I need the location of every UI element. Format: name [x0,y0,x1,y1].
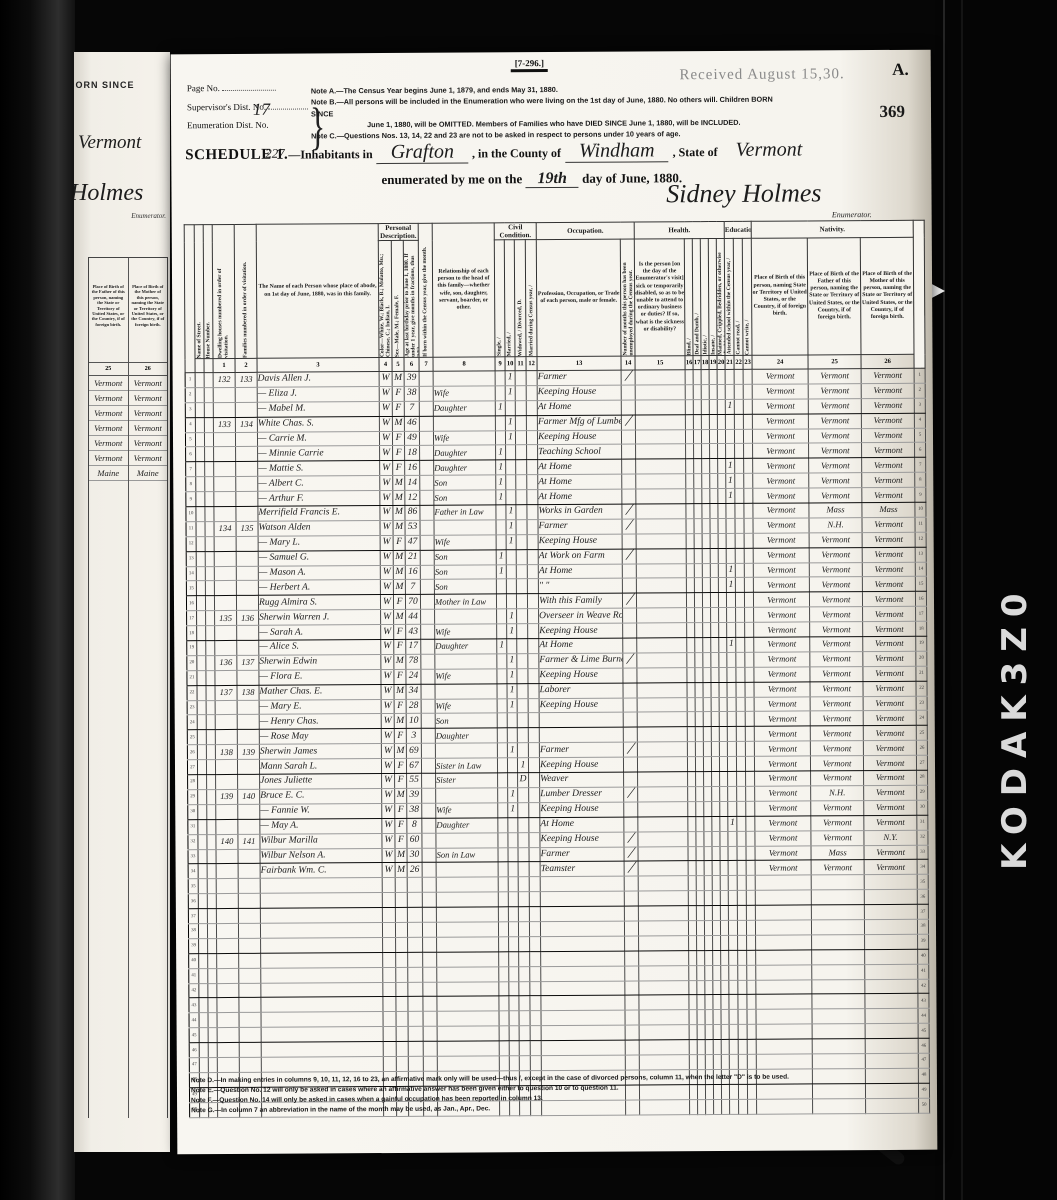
cell-bp [756,1039,812,1054]
cell-fb: Vermont [811,771,864,786]
cell-b1 [686,504,694,519]
cell-u [622,489,636,504]
cell-st [196,566,205,581]
group-health: Health. [634,221,724,239]
cell-b4 [712,846,720,861]
cell-mb: Vermont [861,398,914,413]
cell-name [261,952,383,968]
cell-b1 [687,608,695,623]
cell-m: 1 [505,371,515,386]
cell-o: Keeping House [538,534,622,549]
cell-b4 [711,727,719,742]
cell-name: — Henry Chas. [259,714,381,730]
cell-c: W [380,476,393,491]
cell-rd [736,667,745,682]
cell-fam [237,640,259,655]
cell-b2 [697,1055,705,1070]
cell-w [516,594,527,609]
cell-wr [744,548,753,563]
cell-fb [812,1054,865,1069]
line-number-left: 18 [187,626,197,641]
cell-sk [635,414,685,429]
cell-wr [745,593,754,608]
cell-a [407,878,422,893]
cell-o [541,1055,625,1070]
cell-bp: Vermont [754,652,810,667]
cell-o: Teamster [540,861,624,876]
cell-b4 [711,667,719,682]
cell-k [727,742,736,757]
cell-s [499,996,509,1011]
cell-u [625,1055,639,1070]
cell-fb [812,1009,865,1024]
cell-fb: Vermont [809,532,862,547]
cell-fb [812,934,865,949]
cell-a [408,997,423,1012]
cell-b5 [718,429,726,444]
cell-b2 [697,935,705,950]
cell-mo [423,1012,437,1027]
cell-rd [738,980,747,995]
film-scratch-line [961,0,963,1200]
cell-mc [526,371,537,386]
cell-name: Jones Juliette [260,774,382,790]
cell-o: At Work on Farm [538,549,622,564]
cell-a [408,967,423,982]
cell-u [623,683,637,698]
cell-c: W [380,535,393,550]
cell-c: W [382,774,395,789]
cell-b4 [710,474,718,489]
cell-rd [738,1010,747,1025]
cell-fb: Mass [811,845,864,860]
cell-name: — Rose May [259,729,381,745]
cell-fb: Vermont [810,622,863,637]
cell-mb: Vermont [863,636,916,651]
cell-mc [526,385,537,400]
cell-s [496,535,506,550]
cell-ho [206,641,215,656]
cell-x: M [395,848,407,863]
cell-x [395,893,407,908]
line-number-right: 30 [917,800,928,815]
cell-k [729,950,738,965]
cell-name [260,923,382,939]
cell-sk [637,742,687,757]
cell-u [622,459,636,474]
cell-s [499,1026,509,1041]
cell-mc [527,549,538,564]
line-number-left: 39 [189,939,199,954]
cell-st [199,998,208,1013]
cell-x [395,922,407,937]
line-number-right: 18 [916,621,927,636]
cell-name: Sherwin Warren J. [259,610,381,626]
kodak-film-marking: KODAK3Z0 [995,430,1035,870]
cell-c: W [381,729,394,744]
cell-wr [746,890,755,905]
cell-st [198,879,207,894]
cell-r: Daughter [434,445,496,460]
cell-m [506,564,516,579]
cell-sk [639,921,689,936]
cell-a: 7 [404,401,419,416]
cell-k [727,712,736,727]
cell-b2 [694,459,702,474]
cell-dw [217,953,239,968]
cell-mo [423,937,437,952]
cell-x [396,937,408,952]
prev-enumerator-label: Enumerator. [131,212,166,220]
cell-mo [422,833,436,848]
line-number-left: 1 [185,373,195,388]
cell-ho [205,566,214,581]
cell-mo [421,654,435,669]
cell-r: Son [434,564,496,579]
line-number-right: 20 [916,651,927,666]
cell-b3 [703,712,711,727]
cell-fam: 136 [237,611,259,626]
cell-fam [236,447,258,462]
cell-mb [865,979,918,994]
cell-c: W [381,640,394,655]
cell-sk [636,474,686,489]
prev-nativity-entry: Vermont [89,391,128,406]
cell-dw [214,462,236,477]
cell-wr [745,622,754,637]
cell-c [383,1027,396,1042]
cell-sk [638,787,688,802]
cell-b1 [688,846,696,861]
cell-st [197,745,206,760]
cell-k: 1 [726,563,735,578]
line-number-left: 12 [186,536,196,551]
cell-u [623,727,637,742]
cell-x: F [395,818,407,833]
cell-ho [205,581,214,596]
line-number-right: 37 [917,904,928,919]
cell-b3 [705,1055,713,1070]
line-number-right: 9 [915,487,926,502]
cell-mb [865,949,918,964]
cell-mb: Vermont [861,368,914,383]
cell-ho [208,1028,217,1043]
cell-mb: Vermont [864,785,917,800]
cell-x: M [394,744,406,759]
line-number-right: 25 [916,726,927,741]
cell-o: Farmer [538,519,622,534]
cell-st [197,611,206,626]
cell-r [436,877,498,892]
cell-fam [239,998,261,1013]
cell-rd [737,756,746,771]
cell-name: — Mabel M. [257,401,379,417]
cell-name: — Carrie M. [257,431,379,447]
prev-nativity-entry: Vermont [89,376,128,391]
cell-wr [744,459,753,474]
cell-b4 [710,533,718,548]
cell-x: M [395,863,407,878]
cell-dw [217,938,239,953]
prev-nativity-entry: Vermont [129,451,168,466]
cell-mo [423,967,437,982]
line-number-right: 28 [917,770,928,785]
cell-dw [217,968,239,983]
cell-u [624,876,638,891]
cell-mo [420,520,434,535]
cell-fb [812,994,865,1009]
county-handwritten: Windham [565,139,669,163]
cell-x: F [394,729,406,744]
cell-b3 [704,831,712,846]
cell-m [507,728,517,743]
cell-b5 [719,742,727,757]
cell-b1 [686,563,694,578]
cell-m [508,922,518,937]
cell-st [195,432,204,447]
cell-mc [528,668,539,683]
cell-dw [216,804,238,819]
col-married: Married, / [504,240,515,357]
cell-dw [215,715,237,730]
cell-sk [635,370,685,385]
cell-a: 70 [405,595,420,610]
cell-m [508,832,518,847]
line-number-right: 39 [918,934,929,949]
line-number-right: 29 [917,785,928,800]
cell-b5 [720,757,728,772]
cell-dw [214,551,236,566]
cell-r [434,520,496,535]
cell-mc [528,713,539,728]
cell-sk [638,757,688,772]
cell-name: — Alice S. [259,640,381,656]
cell-m [506,549,516,564]
cell-mo [421,699,435,714]
cell-mb [865,1038,918,1053]
cell-wr [747,965,756,980]
cell-b4 [709,369,717,384]
cell-mb [864,875,917,890]
cell-m: 1 [506,520,516,535]
cell-dw [217,1013,239,1028]
cell-r: Sister in Law [435,758,497,773]
cell-c: W [381,759,394,774]
cell-mo [421,729,435,744]
cell-mo [422,863,436,878]
cell-rd [736,727,745,742]
cell-mb: Vermont [861,413,914,428]
cell-sk [638,846,688,861]
cell-bp: Vermont [752,384,808,399]
cell-mb [864,889,917,904]
cell-k [729,1054,738,1069]
cell-a: 39 [404,371,419,386]
cell-mb: Vermont [863,607,916,622]
cell-ho [207,834,216,849]
line-number-left: 25 [187,730,197,745]
line-number-left: 5 [185,432,195,447]
cell-ho [207,924,216,939]
cell-mo [420,446,434,461]
cell-sk [635,399,685,414]
cell-o: With this Family [539,593,623,608]
cell-fam [238,908,260,923]
cell-a: 24 [406,669,421,684]
cell-b5 [719,682,727,697]
cell-mb: Mass [862,502,915,517]
cell-mc [530,936,541,951]
prev-born-since-text: BORN SINCE [74,80,135,90]
col-occupation: Profession, Occupation, or Trade of each… [536,239,621,357]
cell-wr [747,1054,756,1069]
cell-ho [205,596,214,611]
cell-ho [206,670,215,685]
cell-st [196,581,205,596]
cell-u: ╱ [623,742,637,757]
cell-fb: Vermont [809,473,862,488]
cell-wr [747,920,756,935]
cell-b3 [703,608,711,623]
cell-x [395,907,407,922]
cell-b1 [687,712,695,727]
cell-c: W [380,565,393,580]
cell-b3 [705,1025,713,1040]
enumerator-signature: Sidney Holmes [666,178,821,209]
cell-r [437,996,499,1011]
cell-r: Son [434,490,496,505]
cell-b1 [687,682,695,697]
cell-w [517,624,528,639]
cell-o [541,951,625,966]
cell-w [517,683,528,698]
cell-r: Son [434,475,496,490]
cell-k [727,697,736,712]
line-number-right: 1 [914,368,925,383]
group-education: Education. [724,221,751,238]
cell-k [726,503,735,518]
cell-bp [756,935,812,950]
line-number-right: 5 [915,428,926,443]
cell-b2 [695,742,703,757]
cell-u [624,817,638,832]
cell-k [727,652,736,667]
cell-st [198,834,207,849]
cell-mo [420,490,434,505]
cell-wr [743,384,752,399]
cell-s [497,713,507,728]
cell-bp [755,905,811,920]
cell-b5 [718,578,726,593]
line-number-left: 46 [189,1043,199,1058]
cell-wr [746,876,755,891]
cell-s [499,937,509,952]
cell-m: 1 [506,505,516,520]
cell-b2 [696,891,704,906]
cell-dw [216,864,238,879]
cell-mc [528,609,539,624]
cell-b1 [687,742,695,757]
cell-st [198,894,207,909]
cell-dw [214,506,236,521]
cell-w [516,579,527,594]
cell-m: 1 [505,386,515,401]
cell-b1 [689,1010,697,1025]
cell-o: Farmer [537,370,621,385]
cell-k [727,608,736,623]
prev-nativity-entry: Maine [89,466,128,481]
cell-b2 [696,846,704,861]
cell-c: W [380,580,393,595]
cell-name: — Herbert A. [258,580,380,596]
cell-dw [215,670,237,685]
cell-sk [638,816,688,831]
cell-mb: Vermont [862,532,915,547]
cell-fam [238,774,260,789]
cell-fam: 135 [236,521,258,536]
line-number-right: 36 [917,889,928,904]
cell-mb: Vermont [864,800,917,815]
cell-b2 [697,921,705,936]
cell-w [518,832,529,847]
cell-b4 [713,965,721,980]
cell-bp: Vermont [754,711,810,726]
cell-u [622,474,636,489]
cell-mc [528,654,539,669]
cell-bp [756,994,812,1009]
cell-c: W [381,654,394,669]
cell-a: 46 [404,416,419,431]
cell-m [507,639,517,654]
date-handwritten: 19th [525,170,578,188]
cell-mc [529,788,540,803]
cell-u: ╱ [623,653,637,668]
cell-b5 [721,920,729,935]
cell-sk [637,638,687,653]
cell-b3 [702,533,710,548]
cell-s [495,386,505,401]
cell-b5 [720,831,728,846]
cell-b2 [694,444,702,459]
cell-st [195,417,204,432]
cell-x: M [394,654,406,669]
cell-a: 7 [405,580,420,595]
cell-dw [214,566,236,581]
cell-fb: Vermont [811,800,864,815]
cell-u [625,951,639,966]
line-number-left: 34 [188,864,198,879]
cell-s: 1 [496,564,506,579]
cell-rd [737,861,746,876]
cell-ho [205,507,214,522]
cell-fam [237,625,259,640]
cell-b4 [709,414,717,429]
cell-o: Keeping House [540,832,624,847]
cell-st [198,804,207,819]
cell-fb: Vermont [810,666,863,681]
census-page: [7-296.] Received August 15,30. A. 369 P… [171,50,938,1155]
cell-b1 [686,444,694,459]
cell-b5 [718,563,726,578]
cell-m [509,1041,519,1056]
cell-w [516,475,527,490]
page-number-stamp: 369 [879,102,905,122]
cell-b3 [703,593,711,608]
line-number-right: 4 [914,413,925,428]
cell-u: ╱ [621,370,635,385]
cell-b1 [686,474,694,489]
cell-c: W [382,863,395,878]
